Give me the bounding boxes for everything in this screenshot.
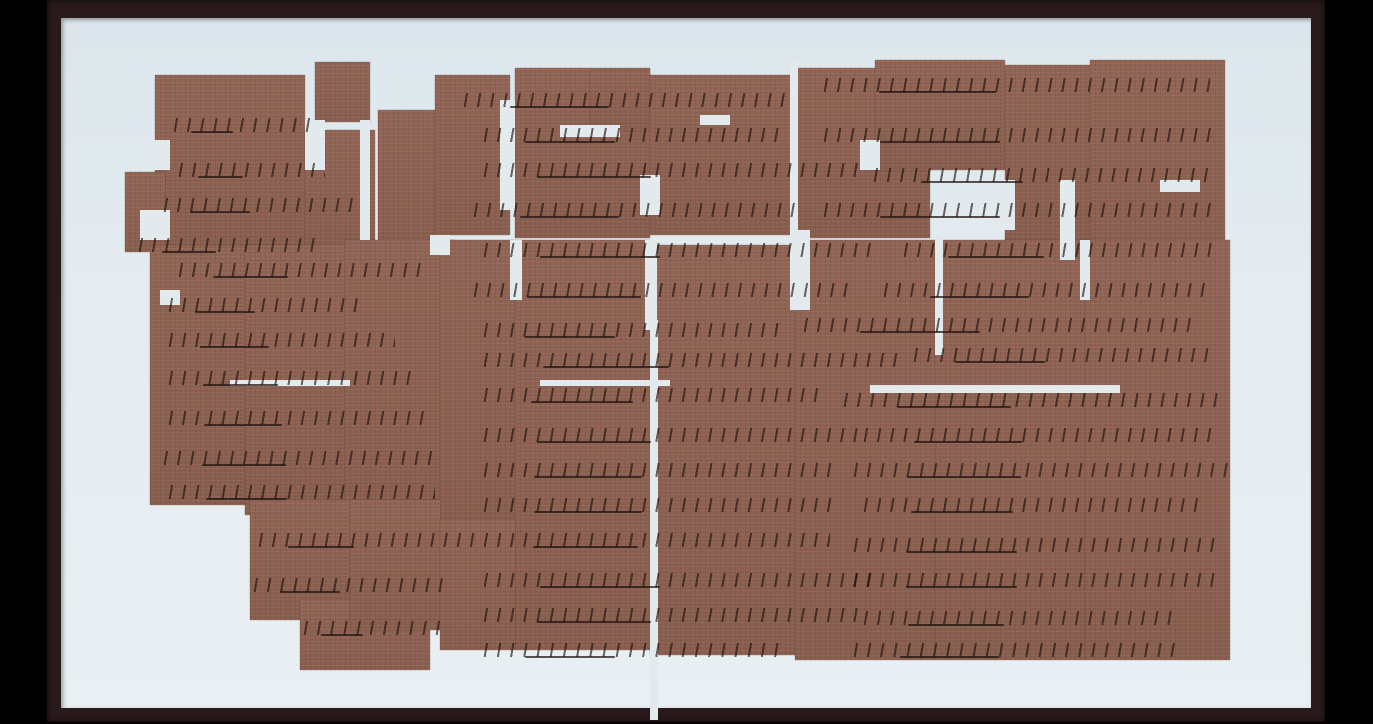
papyrus-hole <box>870 385 1120 393</box>
hieratic-text-line <box>165 485 435 499</box>
hieratic-text-line <box>840 393 1220 407</box>
hieratic-text-line <box>135 238 315 252</box>
hieratic-text-line <box>170 118 310 132</box>
papyrus-fragment <box>315 62 370 122</box>
hieratic-text-line <box>165 371 415 385</box>
hieratic-text-line <box>850 538 1220 552</box>
hieratic-text-line <box>860 498 1200 512</box>
hieratic-text-line <box>820 78 1210 92</box>
papyrus-hole <box>140 210 170 240</box>
hieratic-text-line <box>165 411 425 425</box>
ink-stroke <box>321 634 363 636</box>
hieratic-text-line <box>480 323 780 337</box>
ink-stroke <box>540 256 660 258</box>
ink-stroke <box>906 551 1017 553</box>
ink-stroke <box>200 346 269 348</box>
hieratic-text-line <box>480 643 780 657</box>
ink-stroke <box>537 176 651 178</box>
ink-stroke <box>510 106 609 108</box>
papyrus-fragment <box>515 240 650 650</box>
hieratic-text-line <box>850 573 1220 587</box>
ink-stroke <box>955 361 1045 363</box>
ink-stroke <box>190 211 250 213</box>
ink-stroke <box>191 131 233 133</box>
ink-stroke <box>525 336 615 338</box>
hieratic-text-line <box>850 463 1230 477</box>
ink-stroke <box>948 256 1044 258</box>
ink-stroke <box>531 401 633 403</box>
papyrus-fragment <box>1005 65 1090 245</box>
ink-stroke <box>533 546 638 548</box>
papyrus-hole <box>860 140 880 170</box>
ink-stroke <box>930 296 1029 298</box>
papyrus-hole <box>150 140 170 170</box>
ink-stroke <box>540 586 660 588</box>
hieratic-text-line <box>820 203 1220 217</box>
papyrus-hole <box>790 230 810 310</box>
papyrus-hole <box>540 380 670 386</box>
hieratic-text-line <box>165 333 395 347</box>
hieratic-text-line <box>480 388 820 402</box>
ink-stroke <box>527 296 641 298</box>
papyrus-hole <box>500 100 515 210</box>
hieratic-text-line <box>880 283 1210 297</box>
hieratic-text-line <box>160 198 360 212</box>
hieratic-text-line <box>860 428 1220 442</box>
hieratic-text-line <box>850 643 1180 657</box>
papyrus-hole <box>700 115 730 125</box>
hieratic-text-line <box>870 168 1210 182</box>
papyrus-fragment <box>795 240 935 660</box>
ink-stroke <box>897 406 1011 408</box>
hieratic-text-line <box>480 243 880 257</box>
hieratic-text-line <box>250 578 450 592</box>
hieratic-text-line <box>480 428 860 442</box>
ink-stroke <box>907 476 1021 478</box>
hieratic-text-line <box>480 128 780 142</box>
hieratic-text-line <box>255 533 475 547</box>
papyrus-hole <box>360 120 370 240</box>
ink-stroke <box>202 464 286 466</box>
ink-stroke <box>908 624 1004 626</box>
hieratic-text-line <box>460 93 790 107</box>
ink-stroke <box>195 311 255 313</box>
papyrus-fragment <box>650 245 795 655</box>
ink-stroke <box>860 331 980 333</box>
hieratic-text-line <box>470 203 800 217</box>
mount-board <box>61 18 1311 708</box>
hieratic-text-line <box>900 243 1220 257</box>
ink-stroke <box>900 656 999 658</box>
ink-stroke <box>880 216 1000 218</box>
ink-stroke <box>203 384 278 386</box>
papyrus-fragment <box>935 240 1085 660</box>
papyrus-hole <box>430 235 450 255</box>
hieratic-text-line <box>480 463 840 477</box>
hieratic-text-line <box>480 533 830 547</box>
ink-stroke <box>198 176 243 178</box>
ink-stroke <box>534 476 642 478</box>
ink-stroke <box>537 621 651 623</box>
ink-stroke <box>206 498 287 500</box>
ink-stroke <box>880 141 1000 143</box>
ink-stroke <box>280 591 340 593</box>
hieratic-text-line <box>910 348 1210 362</box>
hieratic-text-line <box>175 163 325 177</box>
papyrus-sheet <box>61 18 1311 708</box>
ink-stroke <box>534 511 642 513</box>
hieratic-text-line <box>470 283 850 297</box>
hieratic-text-line <box>480 608 860 622</box>
ink-stroke <box>921 181 1023 183</box>
ink-stroke <box>204 424 282 426</box>
hieratic-text-line <box>165 298 365 312</box>
papyrus-fragment <box>875 60 1005 170</box>
ink-stroke <box>543 366 669 368</box>
hieratic-text-line <box>480 573 880 587</box>
ink-stroke <box>879 91 996 93</box>
ink-stroke <box>911 511 1013 513</box>
ink-stroke <box>914 441 1022 443</box>
ink-stroke <box>906 586 1017 588</box>
hieratic-text-line <box>300 621 440 635</box>
hieratic-text-line <box>820 128 1220 142</box>
ink-stroke <box>213 276 288 278</box>
hieratic-text-line <box>480 163 860 177</box>
ink-stroke <box>537 441 651 443</box>
picture-frame <box>47 0 1325 722</box>
ink-stroke <box>525 656 615 658</box>
papyrus-fragment <box>1085 240 1230 660</box>
hieratic-text-line <box>860 611 1180 625</box>
hieratic-text-line <box>175 263 425 277</box>
ink-stroke <box>288 546 354 548</box>
ink-stroke <box>162 251 216 253</box>
hieratic-text-line <box>480 498 840 512</box>
hieratic-text-line <box>160 451 440 465</box>
hieratic-text-line <box>800 318 1200 332</box>
ink-stroke <box>525 141 615 143</box>
ink-stroke <box>520 216 619 218</box>
papyrus-fragment <box>350 500 440 630</box>
hieratic-text-line <box>480 353 900 367</box>
